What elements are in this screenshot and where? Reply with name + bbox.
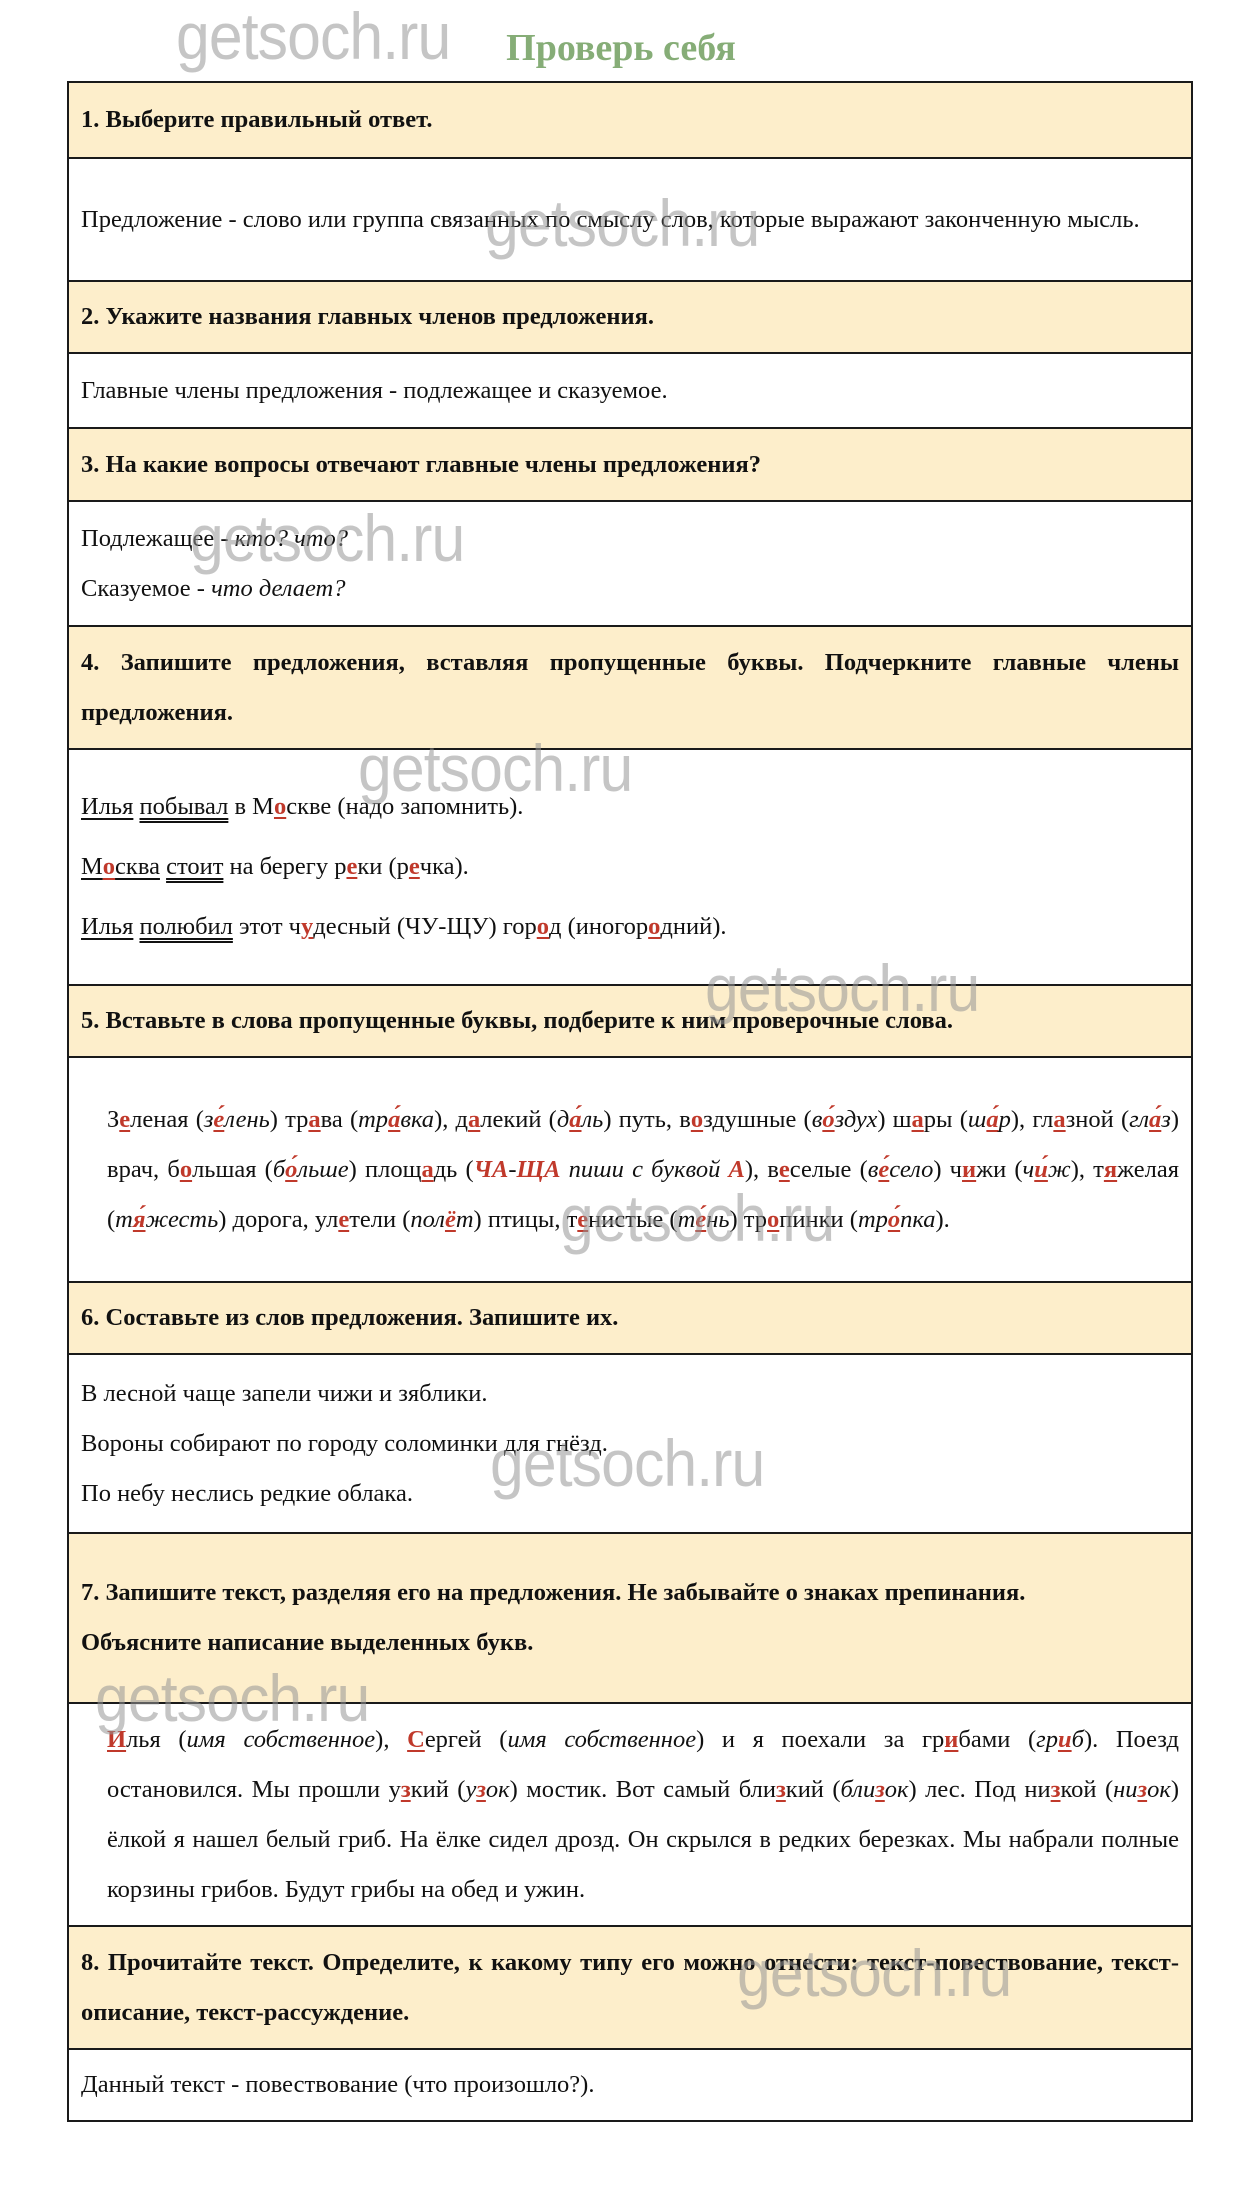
- text-run: кто? что?: [235, 525, 348, 552]
- text-run: десный (ЧУ-ЩУ) гор: [313, 913, 537, 940]
- highlighted-letter: а: [421, 1156, 433, 1183]
- highlighted-letter: о: [767, 1206, 779, 1233]
- text-run: дь (: [434, 1156, 474, 1183]
- text-run: в: [868, 1156, 879, 1183]
- text-run: дний).: [660, 913, 726, 940]
- subject-word: Илья: [81, 793, 133, 820]
- text-run: ) дорога, ул: [218, 1206, 338, 1233]
- answer-line: Сказуемое - что делает?: [81, 564, 1179, 614]
- text-run: ) мостик. Вот самый бли: [510, 1776, 776, 1803]
- text-run: Предложение - слово или группа связанных…: [81, 206, 1140, 233]
- text-run: ры (: [924, 1106, 968, 1133]
- text-run: гл: [1129, 1106, 1149, 1133]
- highlighted-letter: и: [1058, 1726, 1072, 1753]
- answer-line: По небу неслись редкие облака.: [81, 1469, 1179, 1519]
- text-run: имя собственное: [507, 1726, 696, 1753]
- text-run: ) путь, в: [603, 1106, 690, 1133]
- text-run: жи (: [976, 1156, 1022, 1183]
- text-run: гр: [1036, 1726, 1058, 1753]
- text-run: А: [729, 1156, 745, 1183]
- exercise-table: 1. Выберите правильный ответ. Предложени…: [67, 81, 1193, 2122]
- text-run: ), т: [1071, 1156, 1104, 1183]
- highlighted-letter: е́: [695, 1206, 706, 1233]
- text-run: ) ч: [933, 1156, 962, 1183]
- text-run: ), д: [434, 1106, 468, 1133]
- answer-line: Илья полюбил этот чудесный (ЧУ-ЩУ) город…: [81, 897, 1179, 957]
- answer-line: В лесной чаще запели чижи и зяблики.: [81, 1369, 1179, 1419]
- text-run: ергей (: [425, 1726, 508, 1753]
- highlighted-letter: з: [1138, 1776, 1148, 1803]
- text-run: Вороны собирают по городу соломинки для …: [81, 1430, 608, 1457]
- text-run: ль: [582, 1106, 604, 1133]
- section-2-answer: Главные члены предложения - подлежащее и…: [69, 352, 1191, 427]
- text-run: ) птицы, т: [474, 1206, 578, 1233]
- section-8-question: 8. Прочитайте текст. Определите, к каком…: [69, 1925, 1191, 2048]
- text-run: ч: [1023, 1156, 1035, 1183]
- text-run: ок: [885, 1776, 909, 1803]
- text-run: Данный текст - повествование (что произо…: [81, 2071, 594, 2098]
- answer-line: Илья побывал в Москве (надо запомнить).: [81, 777, 1179, 837]
- text-run: нистые (: [588, 1206, 677, 1233]
- highlighted-letter: о: [648, 913, 660, 940]
- highlighted-letter: е: [409, 853, 420, 880]
- highlighted-letter: а́: [388, 1106, 400, 1133]
- text-run: у: [465, 1776, 476, 1803]
- text-run: ), гл: [1011, 1106, 1054, 1133]
- highlighted-letter: о: [274, 793, 286, 820]
- text-run: пинки (: [779, 1206, 858, 1233]
- highlighted-letter: з: [776, 1776, 786, 1803]
- answer-line: Москва стоит на берегу реки (речка).: [81, 837, 1179, 897]
- highlighted-letter: у: [301, 913, 313, 940]
- highlighted-letter: з: [476, 1776, 486, 1803]
- highlighted-letter: е́: [878, 1156, 889, 1183]
- highlighted-letter: а: [1053, 1106, 1065, 1133]
- highlighted-letter: з: [1051, 1776, 1061, 1803]
- highlighted-letter: о́: [822, 1106, 834, 1133]
- text-run: в: [812, 1106, 823, 1133]
- section-6-answer: В лесной чаще запели чижи и зяблики.Воро…: [69, 1353, 1191, 1532]
- text-run: ни: [1113, 1776, 1137, 1803]
- predicate-word: полюбил: [140, 913, 233, 940]
- text-run: чка).: [420, 853, 469, 880]
- text-run: в М: [228, 793, 274, 820]
- highlighted-letter: е: [119, 1106, 130, 1133]
- question-text: 2. Укажите названия главных членов предл…: [81, 292, 1179, 342]
- text-run: льше: [297, 1156, 348, 1183]
- text-run: скве (надо запомнить).: [286, 793, 523, 820]
- question-text: 5. Вставьте в слова пропущенные буквы, п…: [81, 996, 1179, 1046]
- question-text: 1. Выберите правильный ответ.: [81, 95, 1179, 145]
- text-run: жесть: [146, 1206, 219, 1233]
- text-run: ш: [968, 1106, 987, 1133]
- text-run: лекий (: [480, 1106, 557, 1133]
- highlighted-letter: е: [577, 1206, 588, 1233]
- section-1-question: 1. Выберите правильный ответ.: [69, 83, 1191, 157]
- text-run: ) площ: [349, 1156, 422, 1183]
- highlighted-letter: ё: [445, 1206, 456, 1233]
- question-text: 4. Запишите предложения, вставляя пропущ…: [81, 638, 1179, 738]
- text-run: зной (: [1066, 1106, 1130, 1133]
- highlighted-letter: е: [338, 1206, 349, 1233]
- highlighted-letter: е: [779, 1156, 790, 1183]
- text-run: здух: [835, 1106, 878, 1133]
- question-text: 7. Запишите текст, разделяя его на предл…: [81, 1568, 1179, 1618]
- highlighted-letter: о: [180, 1156, 192, 1183]
- text-run: на берегу р: [223, 853, 346, 880]
- text-run: ) тр: [270, 1106, 309, 1133]
- text-run: тр: [858, 1206, 888, 1233]
- answer-line: Подлежащее - кто? что?: [81, 514, 1179, 564]
- text-run: селые (: [790, 1156, 868, 1183]
- predicate-word: побывал: [140, 793, 229, 820]
- text-run: вка: [400, 1106, 434, 1133]
- text-run: В лесной чаще запели чижи и зяблики.: [81, 1380, 488, 1407]
- section-3-answer: Подлежащее - кто? что?Сказуемое - что де…: [69, 500, 1191, 625]
- text-run: ок: [486, 1776, 510, 1803]
- highlighted-letter: з: [401, 1776, 411, 1803]
- text-run: Подлежащее -: [81, 525, 235, 552]
- text-run: что делает?: [211, 575, 345, 602]
- section-5-answer: Зеленая (зе́лень) трава (тра́вка), далек…: [69, 1056, 1191, 1281]
- answer-line: Главные члены предложения - подлежащее и…: [81, 366, 1179, 416]
- highlighted-letter: я: [1104, 1156, 1117, 1183]
- highlighted-letter: е́: [213, 1106, 224, 1133]
- section-4-answer: Илья побывал в Москве (надо запомнить).М…: [69, 748, 1191, 984]
- text-run: з: [1161, 1106, 1171, 1133]
- text-run: д (иногор: [549, 913, 648, 940]
- highlighted-letter: И: [107, 1726, 126, 1753]
- answer-paragraph: Илья (имя собственное), Сергей (имя собс…: [81, 1715, 1179, 1915]
- highlighted-letter: а: [468, 1106, 480, 1133]
- text-run: ) ш: [877, 1106, 911, 1133]
- text-run: ва (: [321, 1106, 358, 1133]
- text-run: д: [557, 1106, 569, 1133]
- question-text: Объясните написание выделенных букв.: [81, 1618, 1179, 1668]
- text-run: лень: [224, 1106, 269, 1133]
- answer-paragraph: Зеленая (зе́лень) трава (тра́вка), далек…: [81, 1095, 1179, 1245]
- highlighted-letter: о: [103, 853, 115, 880]
- text-run: т: [456, 1206, 474, 1233]
- text-run: ки (р: [357, 853, 409, 880]
- highlighted-letter: С: [407, 1726, 425, 1753]
- text-run: р: [999, 1106, 1011, 1133]
- question-text: 8. Прочитайте текст. Определите, к каком…: [81, 1938, 1179, 2038]
- text-run: т: [678, 1206, 696, 1233]
- text-run: т: [115, 1206, 133, 1233]
- page-title: Проверь себя: [0, 26, 1242, 70]
- text-run: бли: [841, 1776, 876, 1803]
- subject-word: Илья: [81, 913, 133, 940]
- highlighted-letter: а́: [986, 1106, 998, 1133]
- highlighted-letter: а: [912, 1106, 924, 1133]
- section-1-answer: Предложение - слово или группа связанных…: [69, 157, 1191, 280]
- text-run: Сказуемое -: [81, 575, 211, 602]
- text-run: лья (: [126, 1726, 186, 1753]
- subject-word: сква: [115, 853, 160, 880]
- answer-line: Предложение - слово или группа связанных…: [81, 195, 1179, 245]
- text-run: льшая (: [192, 1156, 273, 1183]
- text-run: ) тр: [730, 1206, 768, 1233]
- section-3-question: 3. На какие вопросы отвечают главные чле…: [69, 427, 1191, 500]
- highlighted-letter: о́: [888, 1206, 900, 1233]
- text-run: б: [273, 1156, 285, 1183]
- highlighted-letter: а́: [569, 1106, 581, 1133]
- subject-word: М: [81, 853, 103, 880]
- text-run: ж: [1048, 1156, 1071, 1183]
- section-7-answer: Илья (имя собственное), Сергей (имя собс…: [69, 1702, 1191, 1925]
- text-run: ЩА: [517, 1156, 561, 1183]
- section-4-question: 4. Запишите предложения, вставляя пропущ…: [69, 625, 1191, 748]
- text-run: тели (: [349, 1206, 410, 1233]
- text-run: З: [107, 1106, 119, 1133]
- text-run: село: [889, 1156, 933, 1183]
- text-run: ок: [1147, 1776, 1171, 1803]
- text-run: этот ч: [233, 913, 301, 940]
- question-text: 3. На какие вопросы отвечают главные чле…: [81, 440, 1179, 490]
- text-run: б: [1072, 1726, 1084, 1753]
- answer-line: Вороны собирают по городу соломинки для …: [81, 1419, 1179, 1469]
- section-8-answer: Данный текст - повествование (что произо…: [69, 2048, 1191, 2120]
- text-run: имя собственное: [187, 1726, 376, 1753]
- text-run: бами (: [958, 1726, 1036, 1753]
- highlighted-letter: и: [962, 1156, 976, 1183]
- text-run: кий (: [411, 1776, 466, 1803]
- text-run: кий (: [786, 1776, 841, 1803]
- highlighted-letter: и́: [1034, 1156, 1048, 1183]
- section-6-question: 6. Составьте из слов предложения. Запиши…: [69, 1281, 1191, 1353]
- predicate-word: стоит: [166, 853, 223, 880]
- text-run: ), в: [745, 1156, 779, 1183]
- text-run: нь: [706, 1206, 729, 1233]
- text-run: здушные (: [703, 1106, 812, 1133]
- text-run: з: [204, 1106, 214, 1133]
- highlighted-letter: а́: [1149, 1106, 1161, 1133]
- highlighted-letter: а: [308, 1106, 320, 1133]
- text-run: пиши с буквой: [560, 1156, 728, 1183]
- section-2-question: 2. Укажите названия главных членов предл…: [69, 280, 1191, 352]
- text-run: ).: [936, 1206, 950, 1233]
- text-run: ) лес. Под ни: [908, 1776, 1050, 1803]
- highlighted-letter: з: [875, 1776, 885, 1803]
- highlighted-letter: о: [691, 1106, 703, 1133]
- highlighted-letter: е: [346, 853, 357, 880]
- text-run: Главные члены предложения - подлежащее и…: [81, 377, 668, 404]
- section-5-question: 5. Вставьте в слова пропущенные буквы, п…: [69, 984, 1191, 1056]
- text-run: ) и я поехали за гр: [696, 1726, 944, 1753]
- highlighted-letter: о: [537, 913, 549, 940]
- text-run: кой (: [1061, 1776, 1114, 1803]
- answer-line: Данный текст - повествование (что произо…: [81, 2060, 1179, 2110]
- text-run: леная (: [130, 1106, 204, 1133]
- text-run: ЧА: [474, 1156, 509, 1183]
- text-run: ),: [375, 1726, 407, 1753]
- highlighted-letter: и: [944, 1726, 958, 1753]
- text-run: -: [508, 1156, 516, 1183]
- question-text: 6. Составьте из слов предложения. Запиши…: [81, 1293, 1179, 1343]
- highlighted-letter: я́: [133, 1206, 146, 1233]
- text-run: По небу неслись редкие облака.: [81, 1480, 413, 1507]
- text-run: пол: [410, 1206, 445, 1233]
- text-run: пка: [900, 1206, 935, 1233]
- section-7-question: 7. Запишите текст, разделяя его на предл…: [69, 1532, 1191, 1702]
- highlighted-letter: о́: [285, 1156, 297, 1183]
- text-run: тр: [358, 1106, 388, 1133]
